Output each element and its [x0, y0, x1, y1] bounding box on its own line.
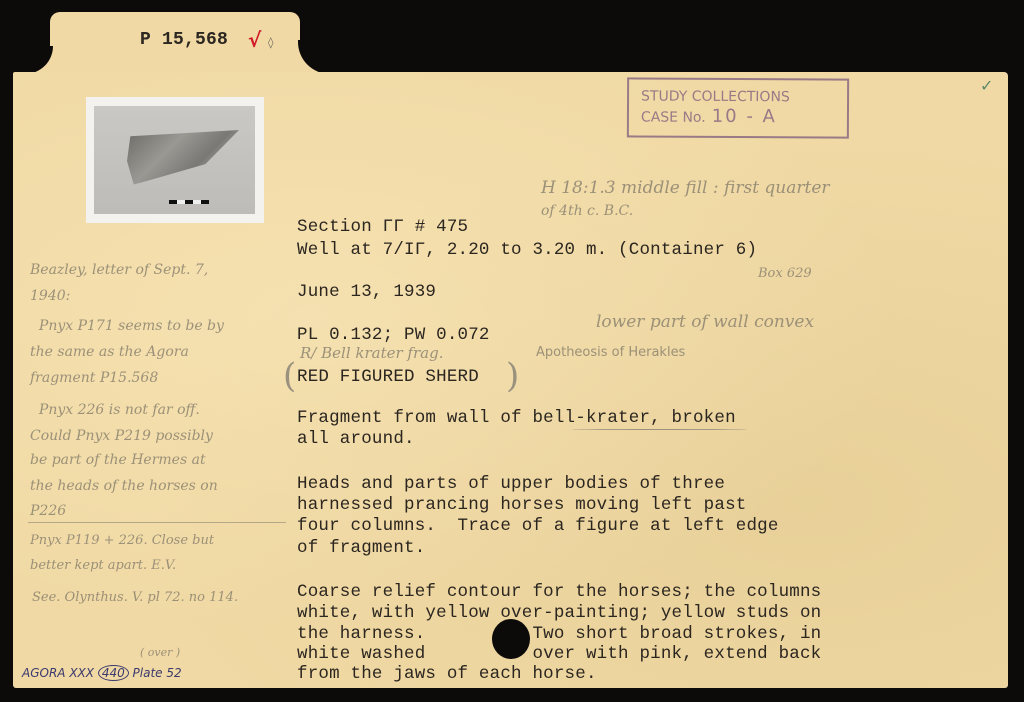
paren-right: ) [506, 356, 519, 396]
hand-apotheosis: Apotheosis of Herakles [536, 345, 685, 360]
beazley-line: be part of the Hermes at [30, 452, 206, 468]
typed-desc3-line5: from the jaws of each horse. [297, 664, 597, 684]
red-check-icon: √ [248, 28, 261, 52]
beazley-line: Pnyx P171 seems to be by [30, 318, 224, 334]
typed-desc2-line3: four columns. Trace of a figure at left … [297, 516, 779, 536]
typed-desc3-line1: Coarse relief contour for the horses; th… [297, 582, 821, 602]
typed-dimensions: PL 0.132; PW 0.072 [297, 325, 490, 345]
green-check-icon: ✓ [980, 76, 993, 95]
punch-hole [492, 619, 530, 659]
scale-bar [169, 200, 209, 204]
beazley-line: the heads of the horses on [30, 478, 218, 494]
beazley-line: P226 [30, 503, 66, 519]
note-divider [28, 522, 286, 523]
typed-desc3-line3: the harness. Two short broad strokes, in [297, 624, 821, 644]
sherd-photo [86, 97, 264, 223]
olynthus-note: See. Olynthus. V. pl 72. no 114. [32, 590, 238, 605]
beazley-line: Beazley, letter of Sept. 7, [30, 262, 208, 278]
typed-desc1-line2: all around. [297, 429, 415, 449]
hand-wall-note: lower part of wall convex [596, 312, 814, 332]
over-note: ( over ) [140, 646, 180, 659]
typed-desc2-line2: harnessed prancing horses moving left pa… [297, 495, 746, 515]
hand-bell-krater: R/ Bell krater frag. [300, 344, 443, 362]
tab-curve-left [13, 46, 53, 74]
typed-desc3-line4: white washed over with pink, extend back [297, 644, 821, 664]
agora-ref-number: 440 [98, 665, 129, 681]
typed-desc3-line2: white, with yellow over-painting; yellow… [297, 603, 821, 623]
stamp-case-number: 10 - A [712, 106, 777, 127]
stamp-line2: CASE No.10 - A [641, 106, 847, 128]
agora-ref-prefix: AGORA XXX [22, 666, 94, 680]
hand-box-number: Box 629 [758, 266, 812, 281]
beazley-line: Could Pnyx P219 possibly [30, 428, 213, 444]
beazley-line: the same as the Agora [30, 344, 189, 360]
agora-ref-suffix: Plate 52 [133, 666, 182, 680]
stamp-line1: STUDY COLLECTIONS [641, 86, 847, 107]
typed-section: Section ΓΓ # 475 [297, 217, 468, 237]
typed-location: Well at 7/ΙΓ, 2.20 to 3.20 m. (Container… [297, 240, 757, 260]
pencil-mark-icon: ◊ [268, 36, 273, 49]
tab-curve-right [298, 40, 338, 74]
agora-reference: AGORA XXX 440 Plate 52 [22, 666, 182, 680]
typed-date: June 13, 1939 [297, 282, 436, 302]
paren-left: ( [283, 356, 296, 396]
catalog-number: P 15,568 [140, 30, 228, 50]
ev-note-line1: Pnyx P119 + 226. Close but [30, 533, 214, 548]
typed-category: RED FIGURED SHERD [297, 367, 479, 387]
beazley-line: 1940: [30, 288, 70, 304]
stamp-case-label: CASE No. [641, 109, 706, 125]
hand-deposit: H 18:1.3 middle fill : first quarter [541, 178, 830, 198]
study-collections-stamp: STUDY COLLECTIONS CASE No.10 - A [627, 77, 849, 138]
beazley-line: fragment P15.568 [30, 370, 158, 386]
sherd-image [127, 130, 239, 192]
typed-desc1-line1: Fragment from wall of bell-krater, broke… [297, 408, 736, 428]
ev-note-line2: better kept apart. E.V. [30, 558, 176, 573]
typed-desc2-line1: Heads and parts of upper bodies of three [297, 474, 725, 494]
photo-background [94, 106, 255, 214]
beazley-line: Pnyx 226 is not far off. [30, 402, 200, 418]
typed-desc2-line4: of fragment. [297, 538, 425, 558]
hand-deposit-line2: of 4th c. B.C. [541, 203, 633, 219]
krater-underline [572, 428, 747, 430]
